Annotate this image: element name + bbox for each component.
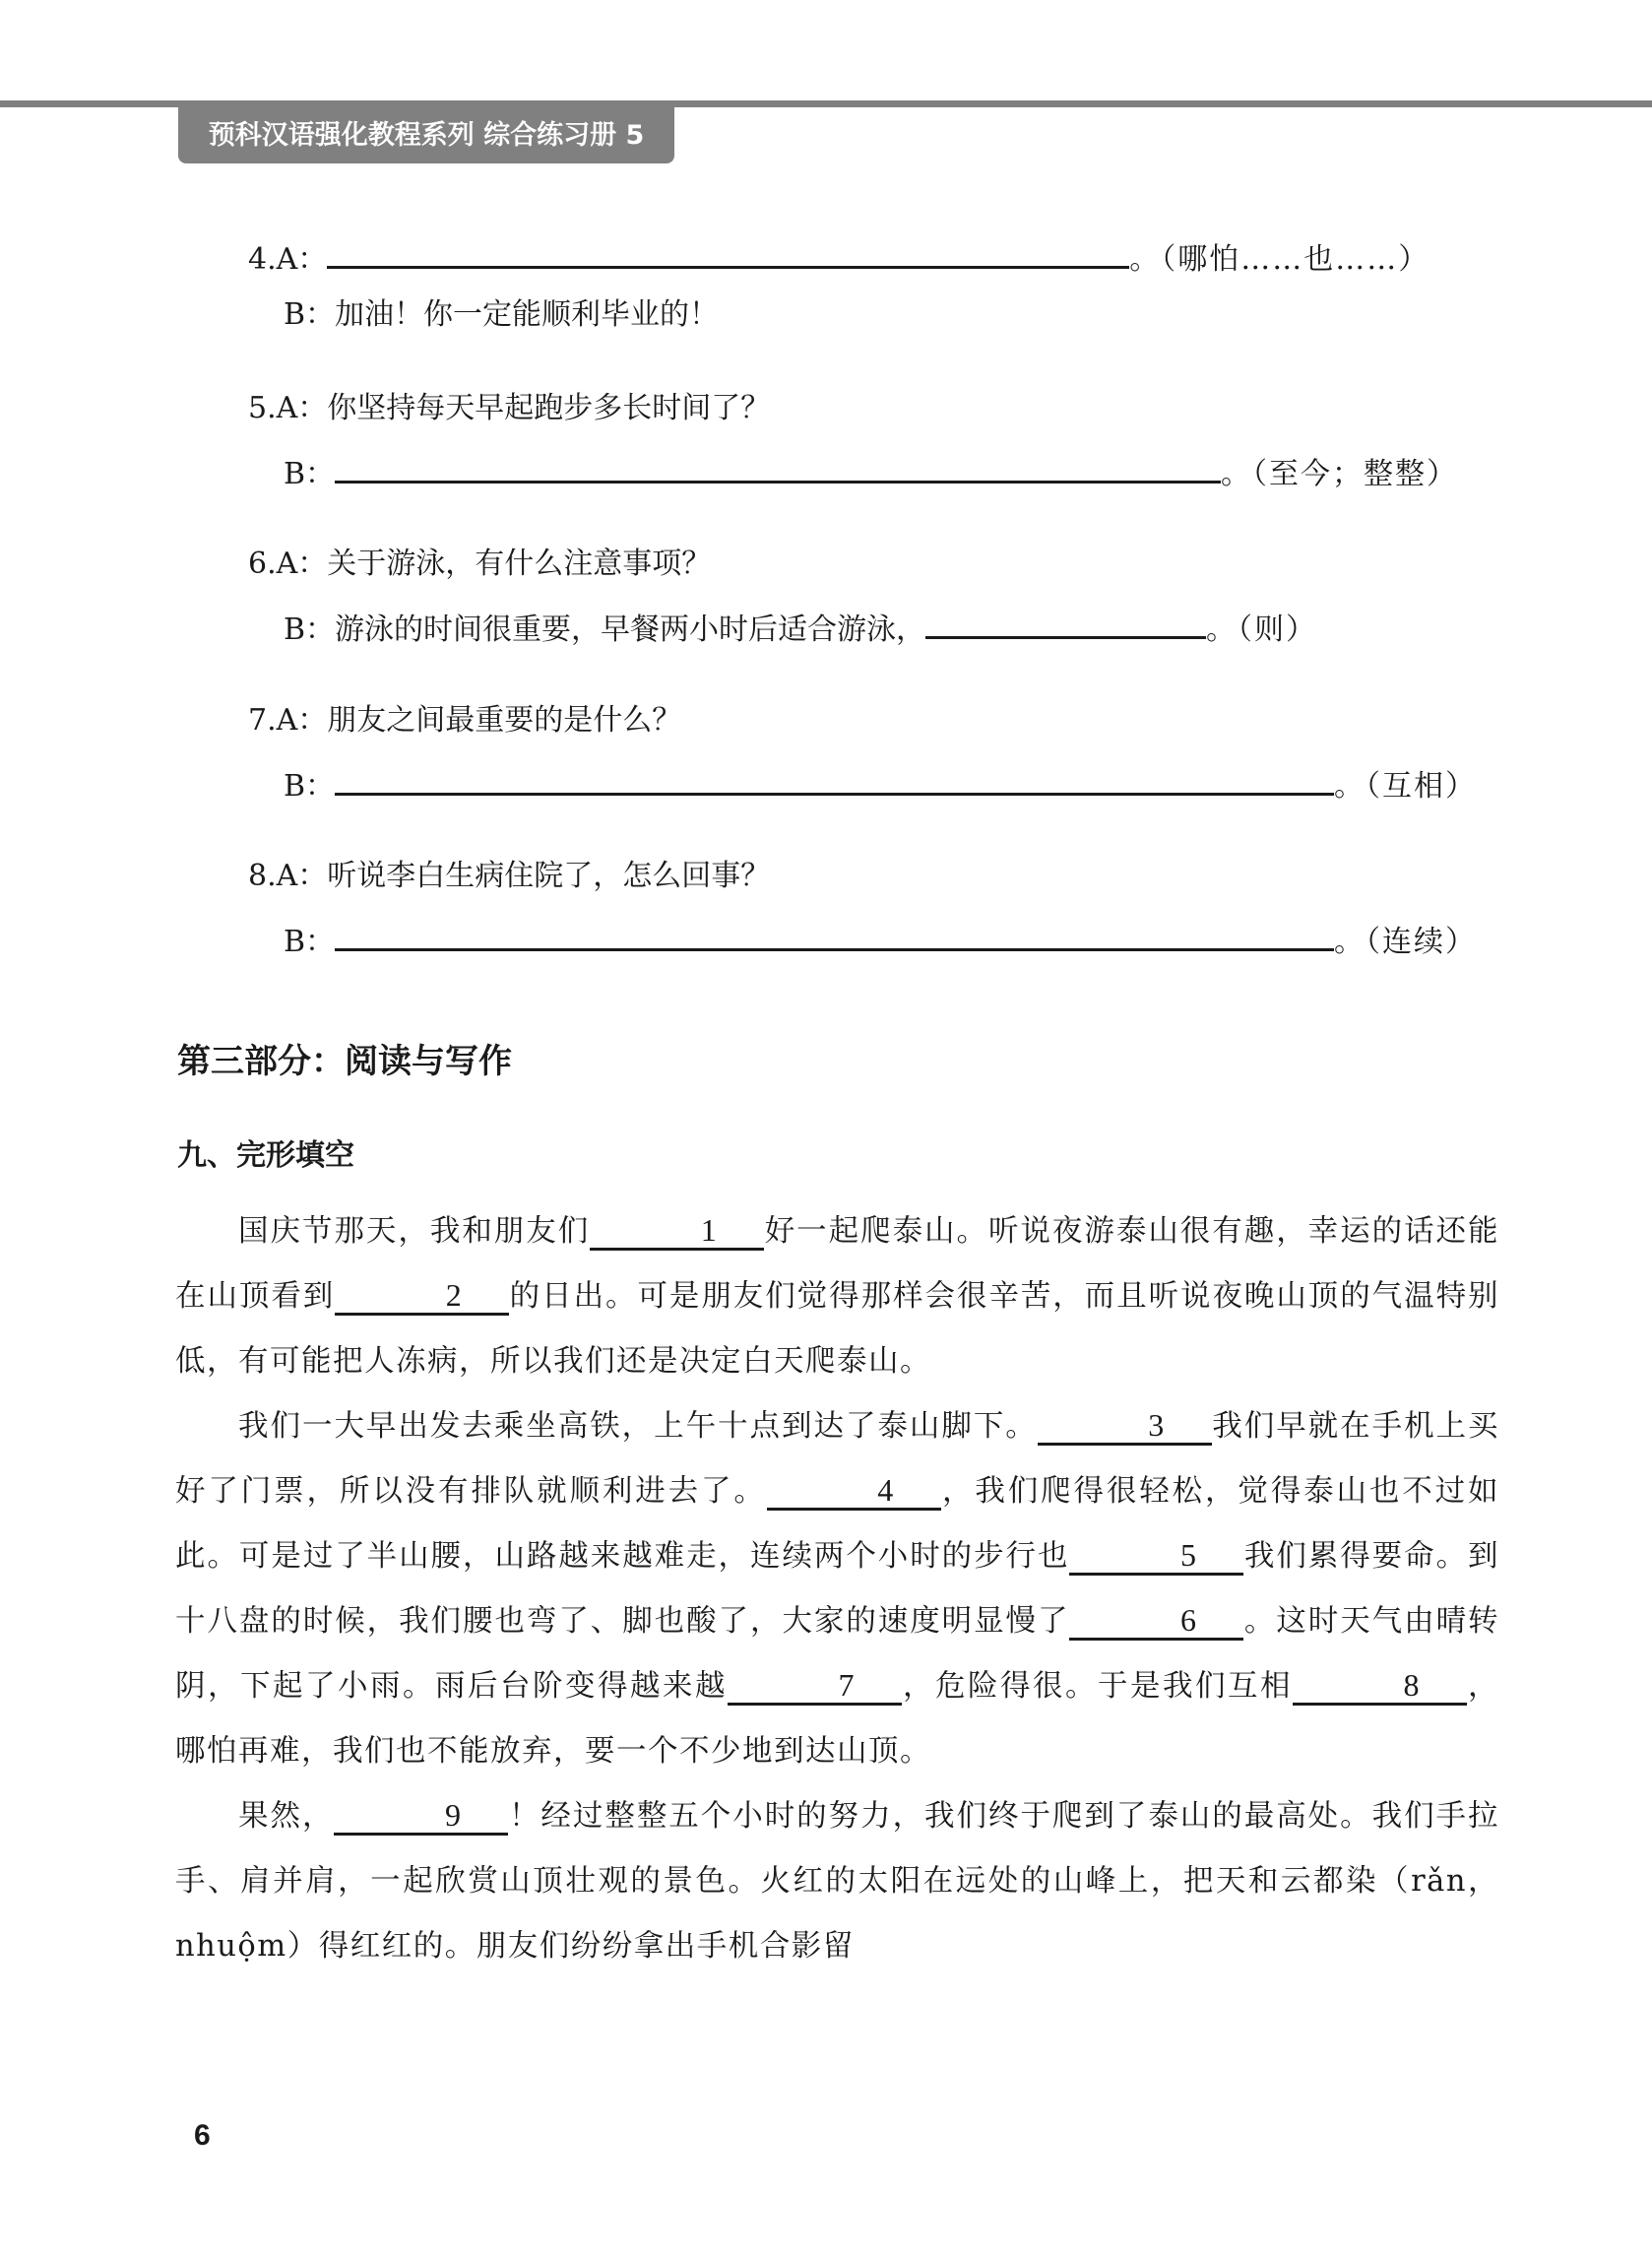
dialogue-text: 游泳的时间很重要，早餐两小时后适合游泳，: [335, 613, 925, 647]
cloze-blank-7[interactable]: 7: [728, 1667, 902, 1706]
running-header: 预科汉语强化教程系列 综合练习册 5: [178, 100, 674, 163]
exercise-7-a: 7.A：朋友之间最重要的是什么？: [248, 701, 681, 741]
speaker-label: B：: [284, 769, 335, 804]
speaker-label: B：: [284, 613, 335, 647]
passage-text: 我们一大早出发去乘坐高铁，上午十点到达了泰山脚下。: [238, 1409, 1038, 1444]
exercise-heading: 九、完形填空: [177, 1130, 354, 1174]
exercise-6-b: B：游泳的时间很重要，早餐两小时后适合游泳，。（则）: [284, 607, 1317, 650]
cloze-blank-4[interactable]: 4: [767, 1472, 941, 1511]
exercise-number: 8.: [248, 859, 277, 893]
exercise-6-a: 6.A：关于游泳，有什么注意事项？: [248, 545, 711, 584]
exercise-7-b: B：。（互相）: [284, 763, 1477, 806]
speaker-label: A：: [277, 703, 328, 738]
exercise-number: 5.: [248, 391, 277, 425]
speaker-label: A：: [277, 242, 328, 277]
series-title: 预科汉语强化教程系列 综合练习册 5: [209, 113, 645, 152]
exercise-number: 7.: [248, 703, 277, 738]
answer-blank[interactable]: [925, 607, 1206, 639]
speaker-label: A：: [277, 859, 328, 893]
cloze-passage: 国庆节那天，我和朋友们1好一起爬泰山。听说夜游泰山很有趣，幸运的话还能在山顶看到…: [175, 1199, 1499, 1979]
cloze-blank-3[interactable]: 3: [1038, 1407, 1212, 1446]
page-number: 6: [194, 2119, 211, 2153]
cloze-blank-8[interactable]: 8: [1293, 1667, 1467, 1706]
exercise-number: 4.: [248, 242, 277, 277]
section-title: 第三部分：阅读与写作: [177, 1034, 512, 1082]
paragraph-3: 果然，9！经过整整五个小时的努力，我们终于爬到了泰山的最高处。我们手拉手、肩并肩…: [175, 1784, 1499, 1979]
passage-text: ，危险得很。于是我们互相: [902, 1669, 1293, 1704]
speaker-label: B：: [284, 297, 335, 332]
exercise-4-a: 4.A：。（哪怕……也……）: [248, 236, 1430, 280]
answer-blank[interactable]: [335, 763, 1334, 796]
hint-text: 。（互相）: [1334, 769, 1477, 804]
passage-text: 国庆节那天，我和朋友们: [238, 1214, 590, 1249]
answer-blank[interactable]: [335, 919, 1334, 951]
dialogue-text: 听说李白生病住院了，怎么回事？: [327, 859, 770, 893]
paragraph-2: 我们一大早出发去乘坐高铁，上午十点到达了泰山脚下。3我们早就在手机上买好了门票，…: [175, 1394, 1499, 1784]
exercise-number: 6.: [248, 547, 277, 581]
cloze-blank-9[interactable]: 9: [334, 1797, 508, 1836]
speaker-label: A：: [277, 391, 328, 425]
cloze-blank-2[interactable]: 2: [335, 1277, 509, 1316]
answer-blank[interactable]: [335, 451, 1221, 484]
dialogue-text: 你坚持每天早起跑步多长时间了？: [327, 391, 770, 425]
exercise-5-b: B：。（至今；整整）: [284, 451, 1458, 494]
hint-text: 。（至今；整整）: [1221, 457, 1458, 491]
passage-text: 果然，: [238, 1799, 334, 1834]
exercise-8-a: 8.A：听说李白生病住院了，怎么回事？: [248, 857, 770, 896]
hint-text: 。（连续）: [1334, 925, 1477, 959]
exercise-8-b: B：。（连续）: [284, 919, 1477, 962]
speaker-label: A：: [277, 547, 328, 581]
cloze-blank-1[interactable]: 1: [590, 1212, 764, 1251]
answer-blank[interactable]: [327, 236, 1129, 269]
speaker-label: B：: [284, 457, 335, 491]
dialogue-text: 关于游泳，有什么注意事项？: [327, 547, 711, 581]
hint-text: 。（哪怕……也……）: [1129, 242, 1430, 277]
cloze-blank-6[interactable]: 6: [1069, 1602, 1243, 1641]
dialogue-text: 加油！你一定能顺利毕业的！: [335, 297, 719, 332]
hint-text: 。（则）: [1206, 613, 1317, 647]
cloze-blank-5[interactable]: 5: [1069, 1537, 1243, 1576]
paragraph-1: 国庆节那天，我和朋友们1好一起爬泰山。听说夜游泰山很有趣，幸运的话还能在山顶看到…: [175, 1199, 1499, 1394]
dialogue-text: 朋友之间最重要的是什么？: [327, 703, 681, 738]
speaker-label: B：: [284, 925, 335, 959]
exercise-5-a: 5.A：你坚持每天早起跑步多长时间了？: [248, 389, 770, 428]
exercise-4-b: B：加油！你一定能顺利毕业的！: [284, 295, 719, 335]
